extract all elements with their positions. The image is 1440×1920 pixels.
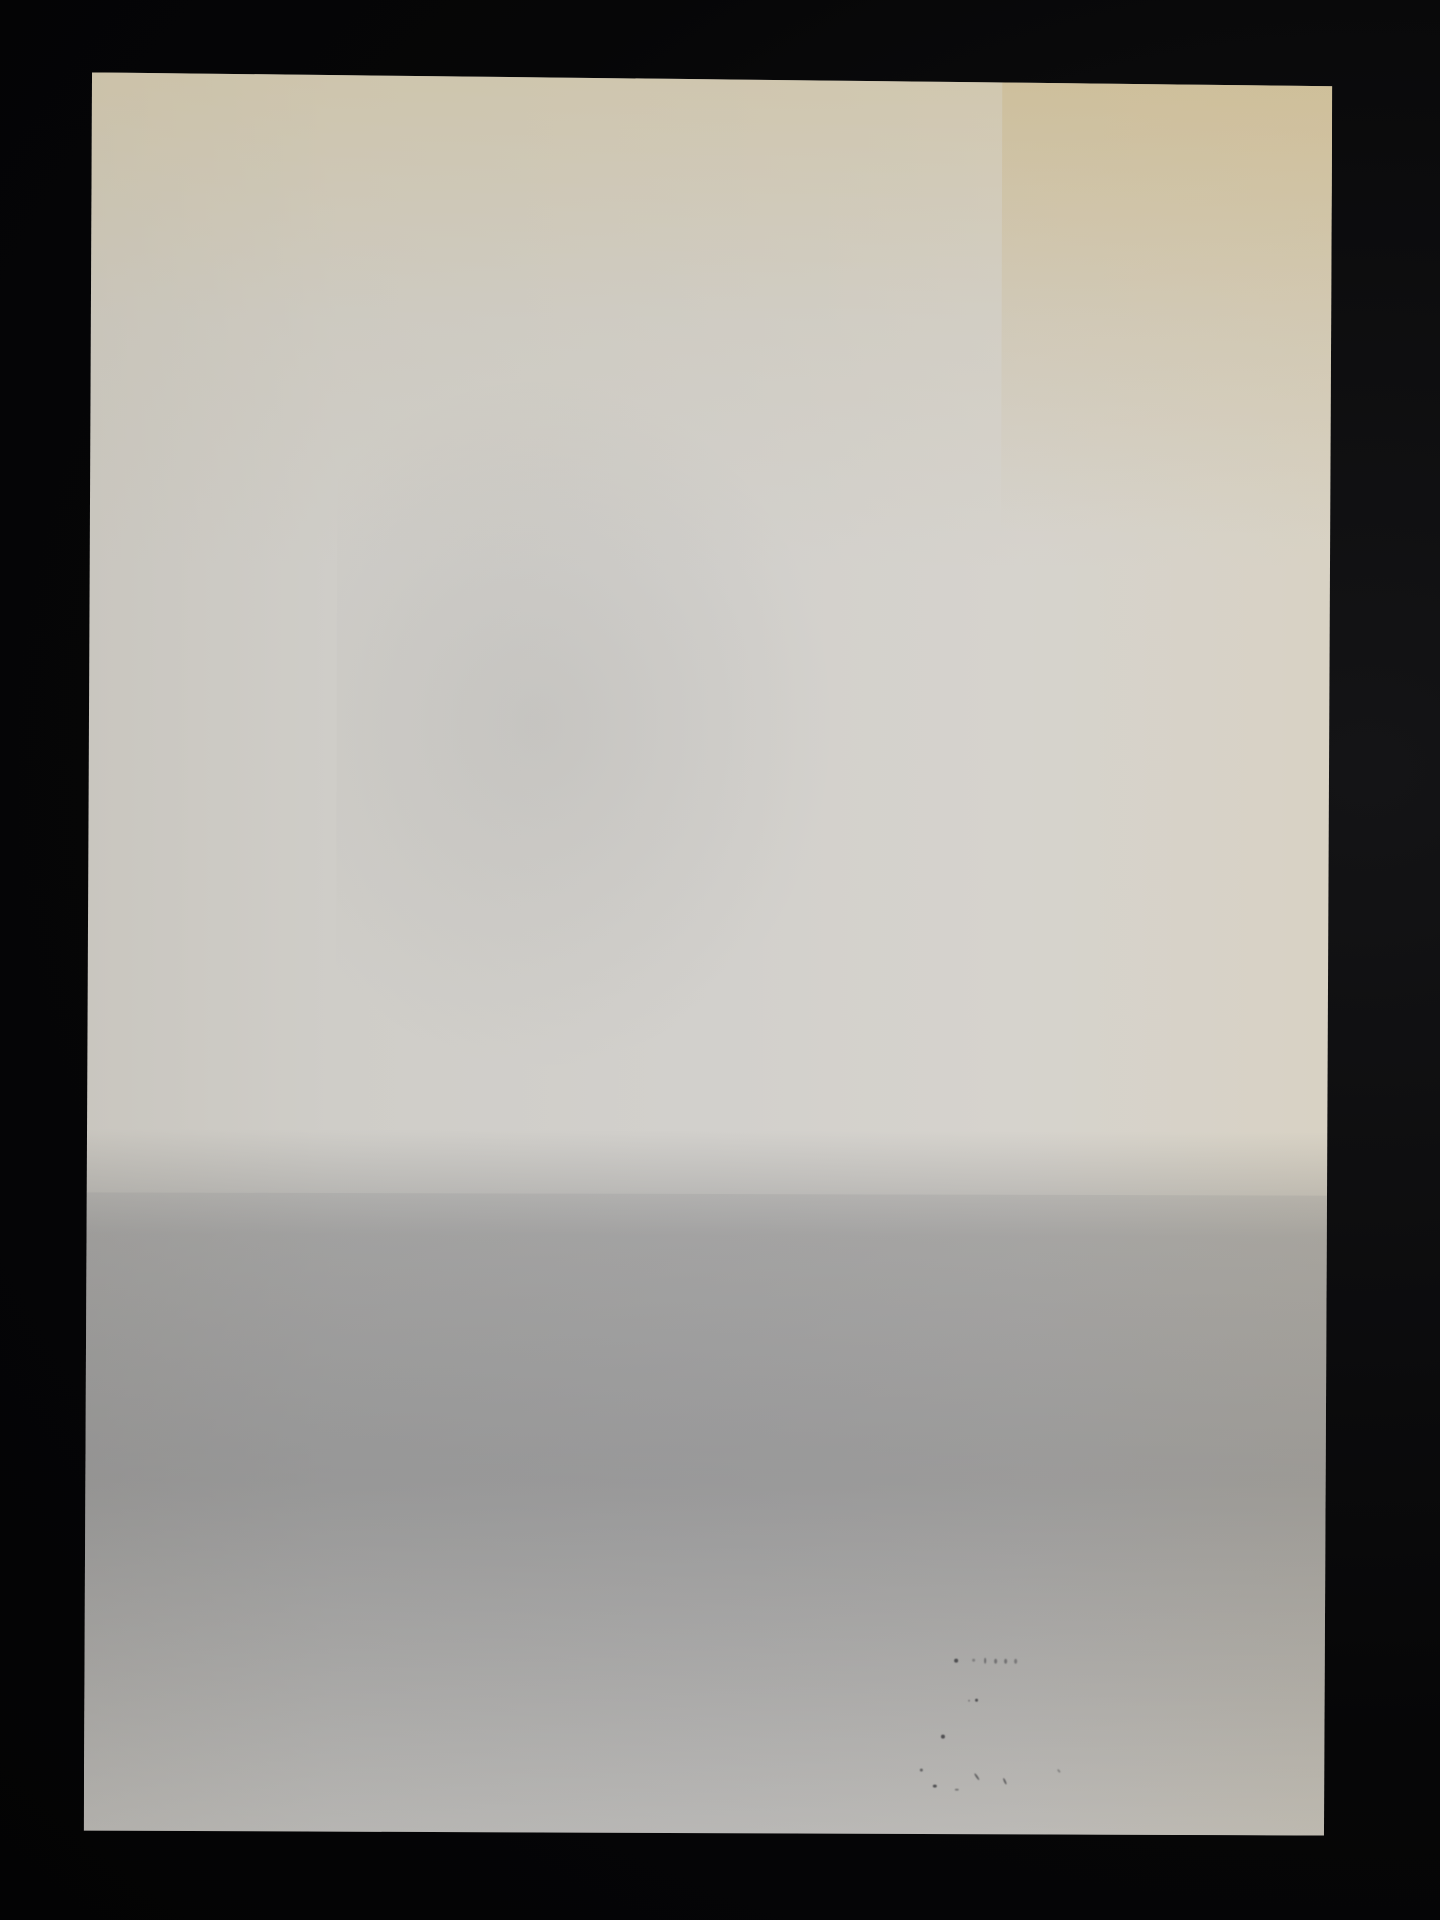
faint-show-through-marks [892, 1644, 1152, 1805]
speck [968, 1700, 970, 1702]
speck [1057, 1769, 1061, 1773]
speck [972, 1659, 975, 1662]
paper-sheet [84, 72, 1333, 1835]
speck [994, 1659, 997, 1664]
speck [933, 1785, 937, 1788]
speck [984, 1658, 986, 1664]
speck [955, 1789, 959, 1791]
speck [954, 1659, 958, 1663]
shadow-patch [336, 373, 838, 1074]
speck [1014, 1659, 1017, 1664]
speck [941, 1735, 945, 1739]
speck [920, 1769, 923, 1772]
speck [1002, 1778, 1007, 1785]
speck [975, 1699, 978, 1702]
speck [974, 1773, 980, 1781]
warm-light-patch [1001, 75, 1332, 536]
speck [1004, 1659, 1007, 1664]
